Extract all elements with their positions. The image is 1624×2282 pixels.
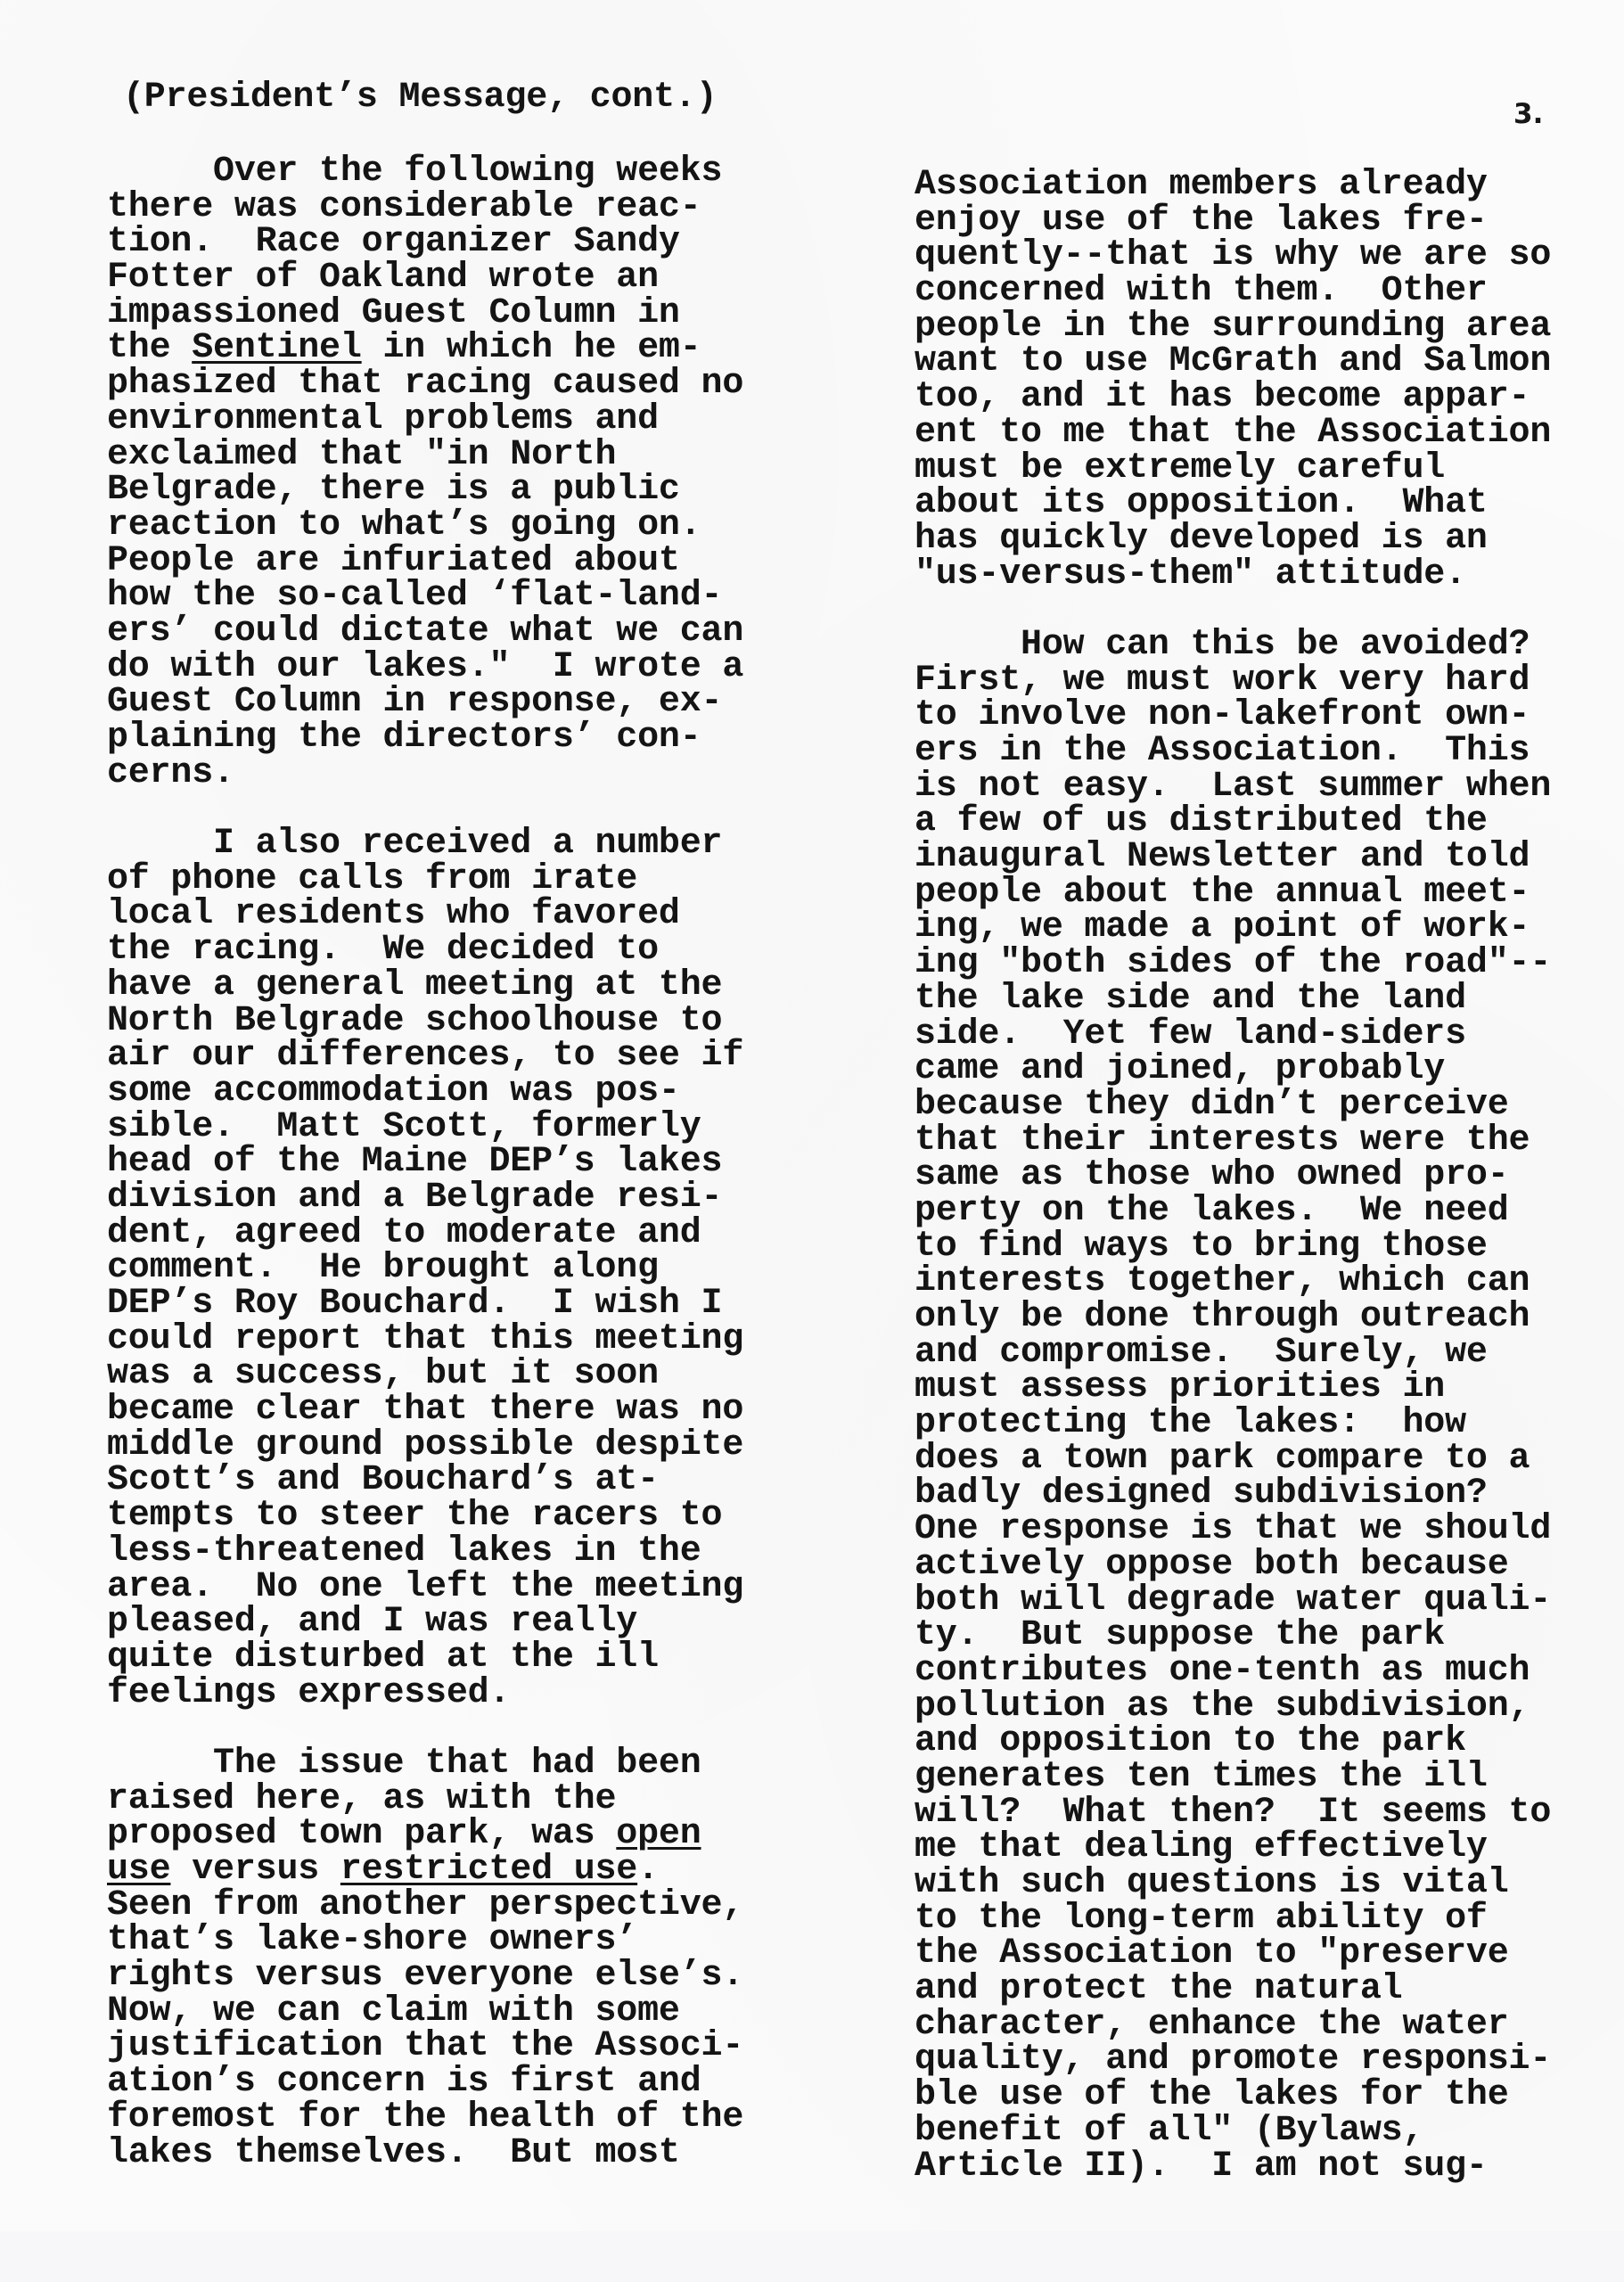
text-segment: ent to me that the Association [915, 413, 1551, 453]
text-segment: "us-versus-them" attitude. [915, 554, 1466, 595]
text-segment: actively oppose both because [915, 1545, 1509, 1585]
text-line: head of the Maine DEP’s lakes [107, 1145, 784, 1180]
text-line: justification that the Associ- [107, 2029, 784, 2064]
text-line: perty on the lakes. We need [915, 1194, 1592, 1229]
blank-line [107, 791, 784, 826]
text-line: "us-versus-them" attitude. [915, 557, 1592, 593]
blank-line [915, 592, 1592, 628]
text-segment: will? What then? It seems to [915, 1793, 1551, 1833]
text-segment: could report that this meeting [107, 1319, 743, 1359]
underlined-text: use [107, 1850, 170, 1890]
text-line: One response is that we should [915, 1512, 1592, 1547]
text-line: to involve non-lakefront own- [915, 698, 1592, 734]
text-segment: and compromise. Surely, we [915, 1333, 1488, 1373]
text-segment: generates ten times the ill [915, 1757, 1488, 1797]
text-line: ing, we made a point of work- [915, 910, 1592, 946]
text-segment: pleased, and I was really [107, 1602, 637, 1642]
text-line: does a town park compare to a [915, 1441, 1592, 1477]
text-line: rights versus everyone else’s. [107, 1958, 784, 1994]
text-line: have a general meeting at the [107, 968, 784, 1004]
text-segment: lakes themselves. But most [107, 2133, 680, 2173]
text-line: I also received a number [107, 826, 784, 862]
text-line: The issue that had been [107, 1746, 784, 1782]
text-segment: Guest Column in response, ex- [107, 682, 722, 722]
text-line: Guest Column in response, ex- [107, 685, 784, 720]
text-line: actively oppose both because [915, 1547, 1592, 1583]
text-segment: division and a Belgrade resi- [107, 1178, 722, 1218]
text-segment: cerns. [107, 753, 234, 793]
text-line: that’s lake-shore owners’ [107, 1923, 784, 1958]
page-number: 3. [1513, 98, 1543, 130]
text-line: ing "both sides of the road"-- [915, 946, 1592, 981]
text-line: must be extremely careful [915, 451, 1592, 487]
text-line: feelings expressed. [107, 1676, 784, 1711]
blank-line [107, 1711, 784, 1746]
text-line: ent to me that the Association [915, 415, 1592, 451]
text-segment: a few of us distributed the [915, 801, 1488, 841]
text-line: pleased, and I was really [107, 1605, 784, 1640]
text-line: ers’ could dictate what we can [107, 614, 784, 650]
text-line: ers in the Association. This [915, 734, 1592, 769]
text-line: reaction to what’s going on. [107, 508, 784, 544]
text-line: tempts to steer the racers to [107, 1498, 784, 1534]
text-segment: plaining the directors’ con- [107, 718, 701, 758]
text-segment: ing, we made a point of work- [915, 907, 1530, 948]
text-line: DEP’s Roy Bouchard. I wish I [107, 1286, 784, 1322]
text-line: raised here, as with the [107, 1782, 784, 1818]
text-segment: quality, and promote responsi- [915, 2040, 1551, 2080]
text-line: area. No one left the meeting [107, 1570, 784, 1605]
text-segment: about its opposition. What [915, 483, 1488, 523]
text-segment: how the so-called ‘flat-land- [107, 576, 722, 616]
text-line: there was considerable reac- [107, 190, 784, 226]
text-line: me that dealing effectively [915, 1830, 1592, 1866]
text-segment: quently--that is why we are so [915, 235, 1551, 275]
text-segment: contributes one-tenth as much [915, 1651, 1530, 1691]
text-line: sible. Matt Scott, formerly [107, 1110, 784, 1145]
text-line: inaugural Newsletter and told [915, 840, 1592, 875]
text-line: Fotter of Oakland wrote an [107, 260, 784, 296]
text-line: dent, agreed to moderate and [107, 1216, 784, 1252]
underlined-text: restricted use [340, 1850, 637, 1890]
text-segment: is not easy. Last summer when [915, 767, 1551, 807]
text-segment: exclaimed that "in North [107, 435, 616, 475]
text-segment: only be done through outreach [915, 1297, 1530, 1337]
text-line: the racing. We decided to [107, 932, 784, 968]
text-segment: Fotter of Oakland wrote an [107, 258, 659, 298]
running-header: (President’s Message, cont.) [123, 80, 718, 116]
left-column: Over the following weeksthere was consid… [107, 154, 784, 2171]
text-line: North Belgrade schoolhouse to [107, 1004, 784, 1039]
text-segment: ers in the Association. This [915, 731, 1530, 771]
text-segment: with such questions is vital [915, 1863, 1509, 1903]
text-line: air our differences, to see if [107, 1038, 784, 1074]
text-line: has quickly developed is an [915, 521, 1592, 557]
text-line: ble use of the lakes for the [915, 2078, 1592, 2114]
text-segment: to the long-term ability of [915, 1899, 1488, 1939]
text-segment: perty on the lakes. We need [915, 1191, 1509, 1231]
text-segment: the lake side and the land [915, 979, 1466, 1019]
text-line: division and a Belgrade resi- [107, 1180, 784, 1216]
text-line: people in the surrounding area [915, 309, 1592, 345]
text-segment: character, enhance the water [915, 2005, 1509, 2045]
text-segment: head of the Maine DEP’s lakes [107, 1142, 722, 1182]
text-segment: tion. Race organizer Sandy [107, 222, 680, 262]
text-line: pollution as the subdivision, [915, 1689, 1592, 1725]
text-line: want to use McGrath and Salmon [915, 344, 1592, 380]
text-line: the Sentinel in which he em- [107, 331, 784, 366]
text-line: protecting the lakes: how [915, 1406, 1592, 1441]
text-line: badly designed subdivision? [915, 1476, 1592, 1512]
text-line: to find ways to bring those [915, 1229, 1592, 1265]
text-segment: Article II). I am not sug- [915, 2147, 1488, 2187]
text-segment: Now, we can claim with some [107, 1991, 680, 2032]
text-line: quite disturbed at the ill [107, 1640, 784, 1676]
text-line: and protect the natural [915, 1972, 1592, 2007]
text-line: quality, and promote responsi- [915, 2042, 1592, 2078]
text-line: character, enhance the water [915, 2007, 1592, 2043]
text-segment: have a general meeting at the [107, 965, 722, 1006]
text-line: with such questions is vital [915, 1866, 1592, 1901]
text-line: phasized that racing caused no [107, 366, 784, 402]
text-segment: too, and it has become appar- [915, 377, 1530, 417]
text-segment: came and joined, probably [915, 1049, 1445, 1089]
text-segment: the racing. We decided to [107, 930, 659, 970]
text-segment: became clear that there was no [107, 1390, 743, 1430]
text-line: could report that this meeting [107, 1322, 784, 1358]
text-segment: less-threatened lakes in the [107, 1531, 701, 1572]
text-line: was a success, but it soon [107, 1357, 784, 1392]
text-segment: protecting the lakes: how [915, 1403, 1466, 1443]
text-segment: same as those who owned pro- [915, 1155, 1509, 1195]
text-line: because they didn’t perceive [915, 1088, 1592, 1123]
text-line: tion. Race organizer Sandy [107, 225, 784, 260]
text-segment: feelings expressed. [107, 1673, 510, 1713]
text-segment: Association members already [915, 165, 1488, 205]
text-line: the Association to "preserve [915, 1936, 1592, 1972]
text-line: people about the annual meet- [915, 875, 1592, 911]
text-line: exclaimed that "in North [107, 438, 784, 473]
text-line: is not easy. Last summer when [915, 769, 1592, 805]
text-line: must assess priorities in [915, 1370, 1592, 1406]
text-segment: People are infuriated about [107, 541, 680, 581]
text-line: do with our lakes." I wrote a [107, 650, 784, 685]
text-segment: to involve non-lakefront own- [915, 695, 1530, 735]
text-line: People are infuriated about [107, 544, 784, 579]
text-segment: the Association to "preserve [915, 1933, 1509, 1974]
text-segment: proposed town park, was [107, 1814, 616, 1854]
text-line: that their interests were the [915, 1123, 1592, 1159]
right-column: Association members alreadyenjoy use of … [915, 168, 1592, 2184]
text-segment: some accommodation was pos- [107, 1071, 680, 1112]
text-line: contributes one-tenth as much [915, 1654, 1592, 1689]
text-line: and compromise. Surely, we [915, 1335, 1592, 1371]
text-line: Article II). I am not sug- [915, 2149, 1592, 2185]
text-segment: area. No one left the meeting [107, 1567, 743, 1607]
text-segment: Belgrade, there is a public [107, 470, 680, 510]
text-segment: . [637, 1850, 659, 1890]
text-line: of phone calls from irate [107, 862, 784, 898]
text-line: impassioned Guest Column in [107, 296, 784, 332]
text-line: concerned with them. Other [915, 274, 1592, 309]
text-segment: ty. But suppose the park [915, 1615, 1445, 1655]
text-line: to the long-term ability of [915, 1901, 1592, 1937]
text-line: middle ground possible despite [107, 1428, 784, 1464]
text-segment: inaugural Newsletter and told [915, 837, 1530, 877]
text-line: Now, we can claim with some [107, 1994, 784, 2030]
text-line: ty. But suppose the park [915, 1618, 1592, 1654]
text-line: Over the following weeks [107, 154, 784, 190]
text-line: use versus restricted use. [107, 1852, 784, 1888]
text-line: some accommodation was pos- [107, 1074, 784, 1110]
text-segment: sible. Matt Scott, formerly [107, 1107, 701, 1147]
text-segment: Seen from another perspective, [107, 1885, 743, 1925]
text-segment: rights versus everyone else’s. [107, 1956, 743, 1996]
text-line: cerns. [107, 756, 784, 792]
text-segment: that their interests were the [915, 1120, 1530, 1161]
text-segment: interests together, which can [915, 1261, 1530, 1301]
text-segment: was a success, but it soon [107, 1354, 659, 1394]
text-line: came and joined, probably [915, 1052, 1592, 1088]
text-line: comment. He brought along [107, 1251, 784, 1286]
text-line: became clear that there was no [107, 1392, 784, 1428]
text-segment: must assess priorities in [915, 1367, 1445, 1408]
text-segment: air our differences, to see if [107, 1036, 743, 1076]
text-line: local residents who favored [107, 897, 784, 932]
text-segment: The issue that had been [107, 1744, 701, 1784]
text-segment: must be extremely careful [915, 448, 1445, 488]
text-segment: foremost for the health of the [107, 2097, 743, 2138]
text-line: Belgrade, there is a public [107, 472, 784, 508]
text-segment: phasized that racing caused no [107, 364, 743, 404]
text-segment: tempts to steer the racers to [107, 1496, 722, 1536]
text-segment: the [107, 328, 192, 368]
text-line: and opposition to the park [915, 1724, 1592, 1760]
text-segment: people about the annual meet- [915, 873, 1530, 913]
underlined-text: open [616, 1814, 701, 1854]
text-line: proposed town park, was open [107, 1817, 784, 1852]
text-line: quently--that is why we are so [915, 238, 1592, 274]
text-line: about its opposition. What [915, 486, 1592, 521]
text-segment: does a town park compare to a [915, 1439, 1530, 1479]
text-segment: Scott’s and Bouchard’s at- [107, 1460, 659, 1500]
text-segment: versus [170, 1850, 340, 1890]
text-line: same as those who owned pro- [915, 1158, 1592, 1194]
text-segment: justification that the Associ- [107, 2026, 743, 2066]
text-line: enjoy use of the lakes fre- [915, 203, 1592, 239]
text-line: both will degrade water quali- [915, 1583, 1592, 1619]
text-segment: to find ways to bring those [915, 1227, 1488, 1267]
text-segment: dent, agreed to moderate and [107, 1213, 701, 1253]
text-segment: want to use McGrath and Salmon [915, 341, 1551, 382]
text-line: How can this be avoided? [915, 628, 1592, 663]
text-segment: Over the following weeks [107, 152, 722, 192]
text-line: too, and it has become appar- [915, 380, 1592, 415]
text-segment: benefit of all" (Bylaws, [915, 2111, 1423, 2151]
text-line: a few of us distributed the [915, 804, 1592, 840]
text-segment: me that dealing effectively [915, 1827, 1488, 1867]
text-segment: there was considerable reac- [107, 187, 701, 227]
text-segment: ing "both sides of the road"-- [915, 943, 1551, 983]
text-line: how the so-called ‘flat-land- [107, 579, 784, 614]
text-line: benefit of all" (Bylaws, [915, 2114, 1592, 2149]
text-segment: local residents who favored [107, 894, 680, 934]
text-segment: both will degrade water quali- [915, 1580, 1551, 1621]
text-segment: do with our lakes." I wrote a [107, 647, 743, 687]
text-segment: quite disturbed at the ill [107, 1638, 659, 1678]
text-segment: people in the surrounding area [915, 307, 1551, 347]
text-segment: ble use of the lakes for the [915, 2075, 1509, 2115]
text-segment: DEP’s Roy Bouchard. I wish I [107, 1284, 722, 1324]
text-segment: has quickly developed is an [915, 519, 1488, 559]
text-line: Scott’s and Bouchard’s at- [107, 1463, 784, 1498]
text-line: less-threatened lakes in the [107, 1534, 784, 1570]
text-segment: and protect the natural [915, 1969, 1403, 2009]
text-segment: that’s lake-shore owners’ [107, 1920, 637, 1960]
text-segment: pollution as the subdivision, [915, 1687, 1530, 1727]
text-line: environmental problems and [107, 402, 784, 438]
text-segment: impassioned Guest Column in [107, 293, 680, 333]
text-line: side. Yet few land-siders [915, 1017, 1592, 1053]
text-segment: raised here, as with the [107, 1779, 616, 1819]
text-segment: ers’ could dictate what we can [107, 612, 743, 652]
text-line: Association members already [915, 168, 1592, 203]
text-segment: because they didn’t perceive [915, 1085, 1509, 1125]
text-segment: and opposition to the park [915, 1721, 1466, 1761]
text-line: interests together, which can [915, 1264, 1592, 1300]
text-line: foremost for the health of the [107, 2100, 784, 2136]
text-segment: badly designed subdivision? [915, 1473, 1488, 1514]
text-line: First, we must work very hard [915, 663, 1592, 699]
text-line: ation’s concern is first and [107, 2064, 784, 2100]
text-segment: North Belgrade schoolhouse to [107, 1001, 722, 1041]
text-line: Seen from another perspective, [107, 1888, 784, 1924]
text-segment: One response is that we should [915, 1509, 1551, 1549]
text-line: plaining the directors’ con- [107, 720, 784, 756]
text-segment: of phone calls from irate [107, 859, 637, 899]
text-segment: concerned with them. Other [915, 271, 1488, 311]
text-line: will? What then? It seems to [915, 1795, 1592, 1831]
text-segment: in which he em- [362, 328, 701, 368]
scanned-page: (President’s Message, cont.) 3. Over the… [0, 0, 1624, 2231]
text-line: only be done through outreach [915, 1300, 1592, 1335]
text-line: generates ten times the ill [915, 1760, 1592, 1795]
text-segment: reaction to what’s going on. [107, 505, 701, 546]
text-segment: enjoy use of the lakes fre- [915, 201, 1488, 241]
text-segment: How can this be avoided? [915, 625, 1530, 665]
text-line: the lake side and the land [915, 981, 1592, 1017]
text-segment: side. Yet few land-siders [915, 1014, 1466, 1055]
text-segment: comment. He brought along [107, 1248, 659, 1288]
text-segment: ation’s concern is first and [107, 2062, 701, 2102]
text-segment: I also received a number [107, 824, 722, 864]
text-segment: First, we must work very hard [915, 661, 1530, 701]
text-segment: middle ground possible despite [107, 1425, 743, 1465]
underlined-text: Sentinel [192, 328, 361, 368]
text-segment: environmental problems and [107, 399, 659, 439]
text-line: lakes themselves. But most [107, 2136, 784, 2171]
